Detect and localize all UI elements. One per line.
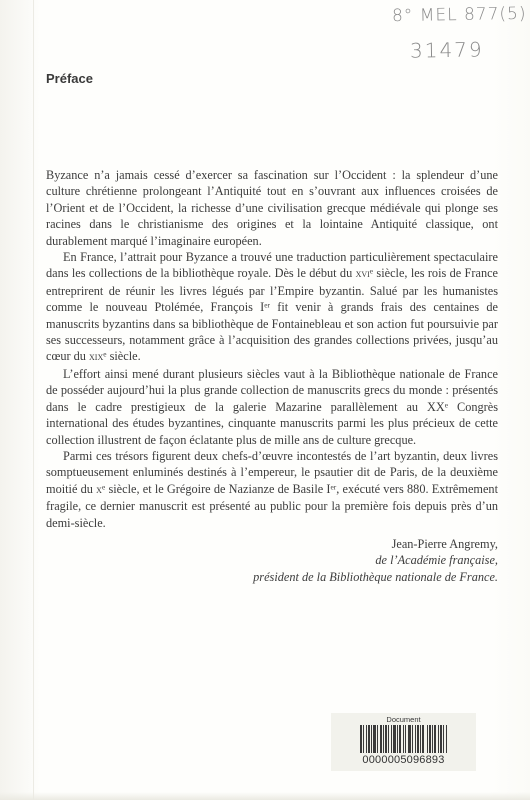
paragraph: L’effort ainsi mené durant plusieurs siè… [46,366,498,448]
preface-body: Byzance n’a jamais cessé d’exercer sa fa… [46,167,498,531]
signatory-title-bnf: président de la Bibliothèque nationale d… [253,569,498,585]
handwritten-shelfmark: 8° MEL 877(5) [392,4,527,26]
page-heading: Préface [46,71,93,86]
barcode-icon [344,725,464,753]
barcode-bar [446,725,447,753]
page-bottom-edge [0,792,530,800]
handwritten-accession-number: 31479 [410,37,484,62]
paragraph: Byzance n’a jamais cessé d’exercer sa fa… [46,167,498,249]
signatory-title-academy: de l’Académie française, [253,552,498,568]
barcode-label-text: Document [331,715,476,724]
barcode-sticker: Document 0000005096893 [331,713,476,771]
paragraph: En France, l’attrait pour Byzance a trou… [46,249,498,366]
signature-block: Jean-Pierre Angremy, de l’Académie franç… [253,536,498,585]
paragraph: Parmi ces trésors figurent deux chefs-d’… [46,448,498,531]
scanned-page: 8° MEL 877(5) 31479 Préface Byzance n’a … [0,0,530,800]
barcode-number: 0000005096893 [331,754,476,767]
page-binding-edge [33,0,34,800]
signatory-name: Jean-Pierre Angremy, [253,536,498,552]
